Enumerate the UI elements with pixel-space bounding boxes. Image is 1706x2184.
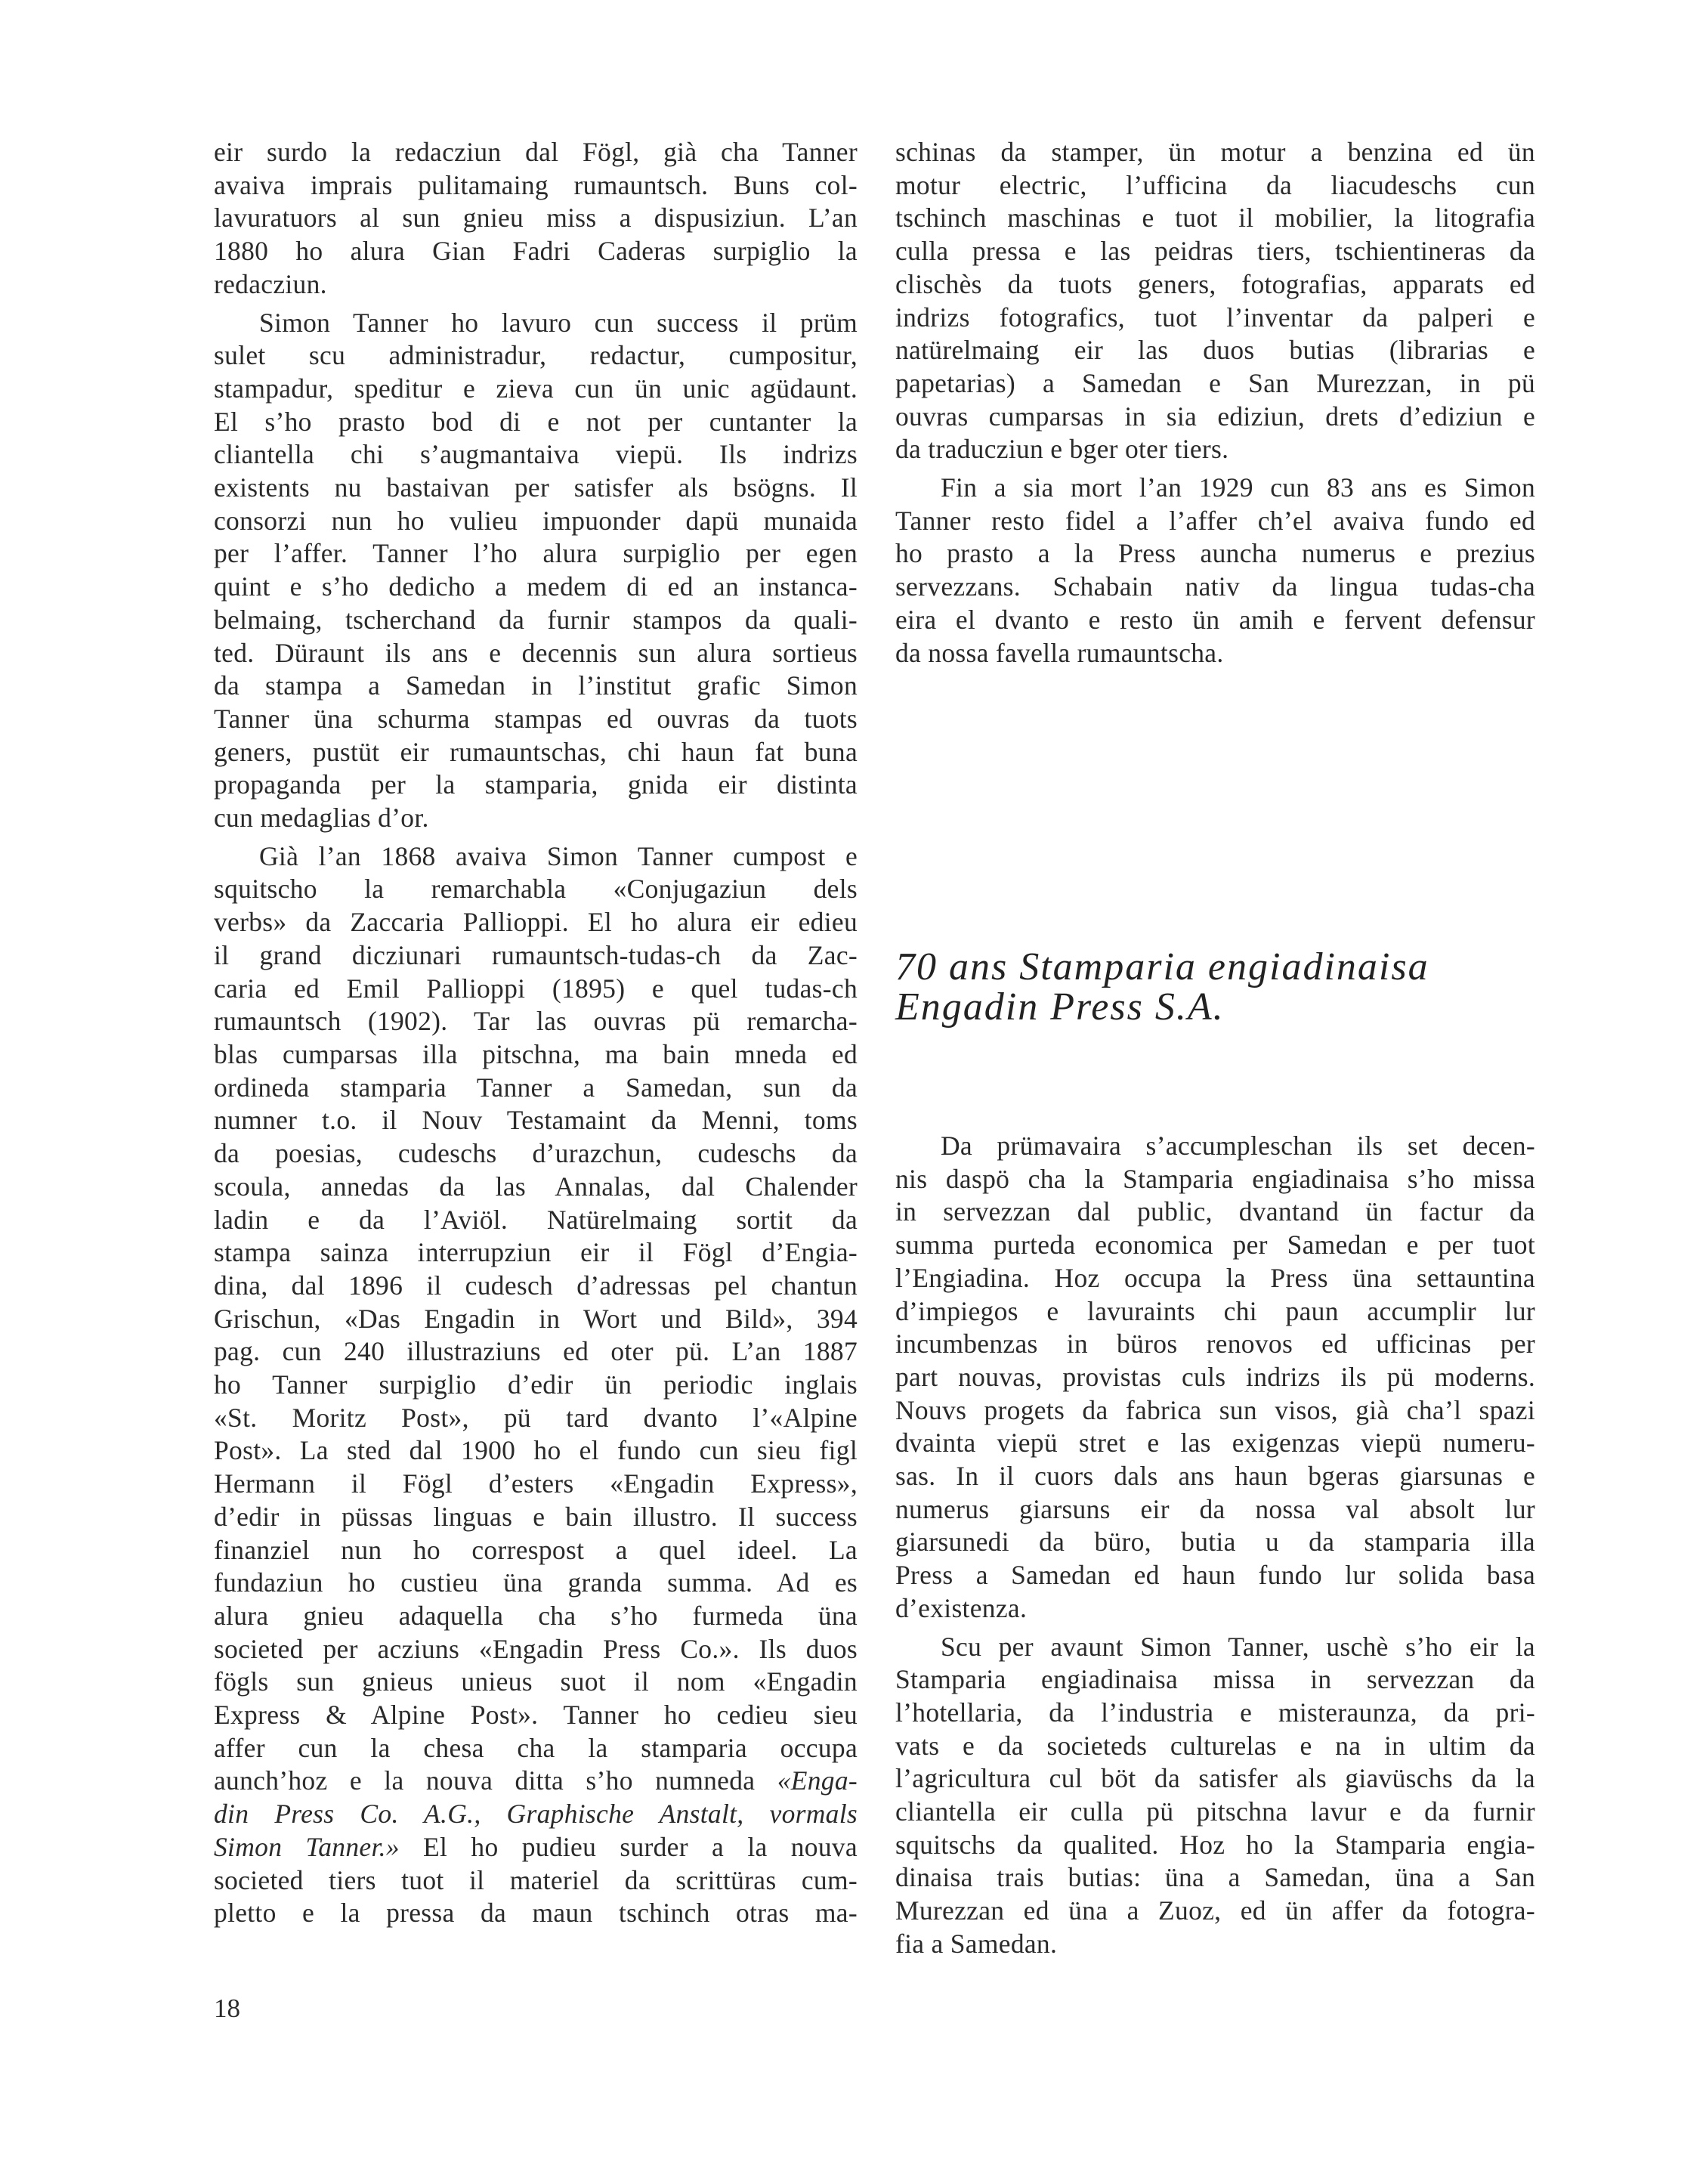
text-line-italic: din Press Co. A.G., Graphische Anstalt, … (214, 1798, 858, 1831)
text-line: pletto e la pressa da maun tschinch otra… (214, 1897, 858, 1930)
text-line: consorzi nun ho vulieu impuonder dapü mu… (214, 505, 858, 538)
text-line: Simon Tanner ho lavuro cun success il pr… (214, 307, 858, 340)
text-line: stampa sainza interrupziun eir il Fögl d… (214, 1236, 858, 1270)
text-line: part nouvas, provistas culs indrizs ils … (895, 1361, 1535, 1394)
text-line: ho Tanner surpiglio d’edir ün periodic i… (214, 1369, 858, 1402)
text-line: redacziun. (214, 268, 858, 302)
text-line: summa purteda economica per Samedan e pe… (895, 1229, 1535, 1262)
document-page: eir surdo la redacziun dal Fögl, già cha… (0, 0, 1706, 2184)
text-line: eira el dvanto e resto ün amih e fervent… (895, 604, 1535, 637)
text-line: incumbenzas in büros renovos ed ufficina… (895, 1328, 1535, 1361)
text-line: cun medaglias d’or. (214, 802, 858, 835)
text-run: El ho pudieu surder a la nouva (400, 1832, 858, 1862)
text-line: ouvras cumparsas in sia ediziun, drets d… (895, 401, 1535, 434)
text-line: per l’affer. Tanner l’ho alura surpiglio… (214, 537, 858, 571)
italic-company-name: Simon Tanner.» (214, 1832, 400, 1862)
text-line: squitscho la remarchabla «Conjugaziun de… (214, 873, 858, 906)
text-line: verbs» da Zaccaria Pallioppi. El ho alur… (214, 906, 858, 939)
text-line: fia a Samedan. (895, 1928, 1535, 1961)
text-line: sulet scu administradur, redactur, cumpo… (214, 339, 858, 373)
text-line: dvainta viepü stret e las exigenzas viep… (895, 1427, 1535, 1460)
left-column: eir surdo la redacziun dal Fögl, già cha… (214, 136, 858, 1935)
text-line: finanziel nun ho correspost a quel ideel… (214, 1534, 858, 1567)
text-line: l’agricultura cul böt da satisfer als gi… (895, 1762, 1535, 1796)
text-line: cliantella eir culla pü pitschna lavur e… (895, 1796, 1535, 1829)
text-line: d’edir in püssas linguas e bain illustro… (214, 1501, 858, 1534)
text-line: El s’ho prasto bod di e not per cuntante… (214, 406, 858, 439)
text-line: Post». La sted dal 1900 ho el fundo cun … (214, 1434, 858, 1468)
text-line: culla pressa e las peidras tiers, tschie… (895, 235, 1535, 268)
text-line: l’Engiadina. Hoz occupa la Press üna set… (895, 1262, 1535, 1295)
text-line-with-italic: Simon Tanner.» El ho pudieu surder a la … (214, 1831, 858, 1864)
text-line: Stamparia engiadinaisa missa in servezza… (895, 1663, 1535, 1697)
text-line: motur electric, l’ufficina da liacudesch… (895, 169, 1535, 203)
text-line: da traducziun e bger oter tiers. (895, 433, 1535, 466)
text-line: societed tiers tuot il materiel da scrit… (214, 1864, 858, 1898)
text-line: da nossa favella rumauntscha. (895, 637, 1535, 670)
text-line: numerus giarsuns eir da nossa val absolt… (895, 1493, 1535, 1527)
text-line: schinas da stamper, ün motur a benzina e… (895, 136, 1535, 169)
text-line: ordineda stamparia Tanner a Samedan, sun… (214, 1072, 858, 1105)
paragraph-5: Fin a sia mort l’an 1929 cun 83 ans es S… (895, 472, 1535, 670)
paragraph-6: Da prümavaira s’accumpleschan ils set de… (895, 1130, 1535, 1626)
text-line: scoula, annedas da las Annalas, dal Chal… (214, 1171, 858, 1204)
paragraph-2: Simon Tanner ho lavuro cun success il pr… (214, 307, 858, 835)
text-line: vats e da societeds culturelas e na in u… (895, 1730, 1535, 1763)
text-line: stampadur, speditur e zieva cun ün unic … (214, 373, 858, 406)
text-line: Express & Alpine Post». Tanner ho cedieu… (214, 1699, 858, 1732)
text-line: propaganda per la stamparia, gnida eir d… (214, 769, 858, 802)
text-line: numner t.o. il Nouv Testamaint da Menni,… (214, 1104, 858, 1137)
paragraph-7: Scu per avaunt Simon Tanner, uschè s’ho … (895, 1631, 1535, 1961)
text-line: pag. cun 240 illustraziuns ed oter pü. L… (214, 1335, 858, 1369)
text-line: in servezzan dal public, dvantand ün fac… (895, 1196, 1535, 1229)
text-line: Murezzan ed üna a Zuoz, ed ün affer da f… (895, 1895, 1535, 1928)
text-line: dina, dal 1896 il cudesch d’adressas pel… (214, 1270, 858, 1303)
section-heading-line-2: Engadin Press S.A. (895, 987, 1429, 1027)
text-line: giarsunedi da büro, butia u da stamparia… (895, 1526, 1535, 1559)
text-line: nis daspö cha la Stamparia engiadinaisa … (895, 1163, 1535, 1196)
text-line-with-italic: aunch’hoz e la nouva ditta s’ho numneda … (214, 1765, 858, 1798)
section-heading-line-1: 70 ans Stamparia engiadinaisa (895, 947, 1429, 987)
text-line: il grand dicziunari rumauntsch-tudas-ch … (214, 939, 858, 973)
text-line: affer cun la chesa cha la stamparia occu… (214, 1732, 858, 1765)
paragraph-3: Già l’an 1868 avaiva Simon Tanner cumpos… (214, 840, 858, 1930)
text-line: «St. Moritz Post», pü tard dvanto l’«Alp… (214, 1402, 858, 1435)
right-column-upper: schinas da stamper, ün motur a benzina e… (895, 136, 1535, 675)
page-number: 18 (214, 1992, 240, 2025)
text-line: ted. Düraunt ils ans e decennis sun alur… (214, 637, 858, 670)
text-line: Da prümavaira s’accumpleschan ils set de… (895, 1130, 1535, 1163)
text-line: Grischun, «Das Engadin in Wort und Bild»… (214, 1303, 858, 1336)
text-line: clischès da tuots geners, fotografias, a… (895, 268, 1535, 302)
text-line: geners, pustüt eir rumauntschas, chi hau… (214, 736, 858, 769)
text-line: d’impiegos e lavuraints chi paun accumpl… (895, 1295, 1535, 1329)
text-line: dinaisa trais butias: üna a Samedan, üna… (895, 1861, 1535, 1895)
italic-company-name: din Press Co. A.G., Graphische Anstalt, … (214, 1799, 858, 1829)
text-line: rumauntsch (1902). Tar las ouvras pü rem… (214, 1005, 858, 1038)
text-line: quint e s’ho dedicho a medem di ed an in… (214, 571, 858, 604)
text-line: 1880 ho alura Gian Fadri Caderas surpigl… (214, 235, 858, 268)
paragraph-4: schinas da stamper, ün motur a benzina e… (895, 136, 1535, 466)
text-line: da poesias, cudeschs d’urazchun, cudesch… (214, 1137, 858, 1171)
text-line: sas. In il cuors dals ans haun bgeras gi… (895, 1460, 1535, 1493)
text-line: servezzans. Schabain nativ da lingua tud… (895, 571, 1535, 604)
text-line: Hermann il Fögl d’esters «Engadin Expres… (214, 1468, 858, 1501)
text-line: eir surdo la redacziun dal Fögl, già cha… (214, 136, 858, 169)
text-line: caria ed Emil Pallioppi (1895) e quel tu… (214, 973, 858, 1006)
text-line: d’existenza. (895, 1592, 1535, 1626)
text-line: avaiva imprais pulitamaing rumauntsch. B… (214, 169, 858, 203)
text-line: existents nu bastaivan per satisfer als … (214, 472, 858, 505)
text-line: alura gnieu adaquella cha s’ho furmeda ü… (214, 1600, 858, 1633)
text-line: natürelmaing eir las duos butias (librar… (895, 334, 1535, 367)
italic-company-name: «Enga- (777, 1765, 858, 1796)
text-line: da stampa a Samedan in l’institut grafic… (214, 670, 858, 703)
text-line: blas cumparsas illa pitschna, ma bain mn… (214, 1038, 858, 1072)
text-line: lavuratuors al sun gnieu miss a dispusiz… (214, 202, 858, 235)
right-column-lower: Da prümavaira s’accumpleschan ils set de… (895, 1130, 1535, 1966)
text-line: fögls sun gnieus unieus suot il nom «Eng… (214, 1666, 858, 1699)
text-line: indrizs fotografics, tuot l’inventar da … (895, 302, 1535, 335)
text-line: Scu per avaunt Simon Tanner, uschè s’ho … (895, 1631, 1535, 1664)
text-line: tschinch maschinas e tuot il mobilier, l… (895, 202, 1535, 235)
text-line: cliantella chi s’augmantaiva viepü. Ils … (214, 438, 858, 472)
text-line: Tanner üna schurma stampas ed ouvras da … (214, 703, 858, 736)
text-line: Press a Samedan ed haun fundo lur solida… (895, 1559, 1535, 1592)
text-line: squitschs da qualited. Hoz ho la Stampar… (895, 1829, 1535, 1862)
text-line: Nouvs progets da fabrica sun visos, già … (895, 1394, 1535, 1428)
paragraph-1: eir surdo la redacziun dal Fögl, già cha… (214, 136, 858, 302)
text-line: papetarias) a Samedan e San Murezzan, in… (895, 367, 1535, 401)
text-run: aunch’hoz e la nouva ditta s’ho numneda (214, 1765, 777, 1796)
section-heading: 70 ans Stamparia engiadinaisa Engadin Pr… (895, 947, 1429, 1027)
text-line: Già l’an 1868 avaiva Simon Tanner cumpos… (214, 840, 858, 874)
text-line: ho prasto a la Press auncha numerus e pr… (895, 537, 1535, 571)
text-line: societed per acziuns «Engadin Press Co.»… (214, 1633, 858, 1666)
text-line: Fin a sia mort l’an 1929 cun 83 ans es S… (895, 472, 1535, 505)
text-line: l’hotellaria, da l’industria e misteraun… (895, 1697, 1535, 1730)
text-line: Tanner resto fidel a l’affer ch’el avaiv… (895, 505, 1535, 538)
text-line: fundaziun ho custieu üna granda summa. A… (214, 1567, 858, 1600)
text-line: belmaing, tscherchand da furnir stampos … (214, 604, 858, 637)
text-line: ladin e da l’Aviöl. Natürelmaing sortit … (214, 1204, 858, 1237)
